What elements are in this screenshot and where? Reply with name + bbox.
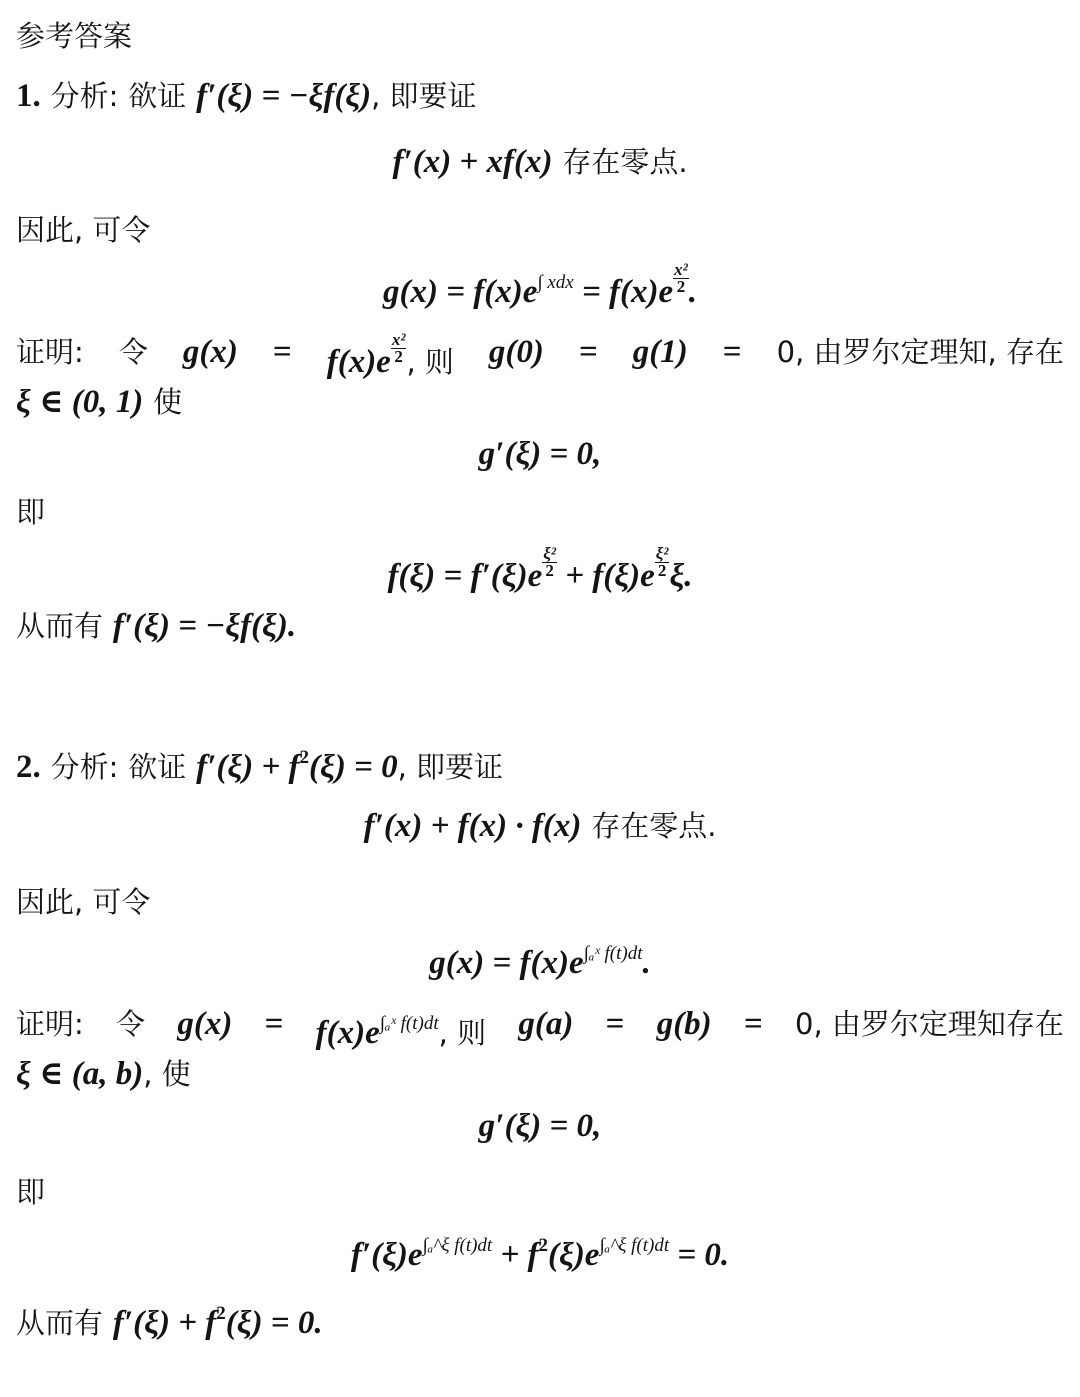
p2-display-zero-point: f′(x) + f(x) · f(x) 存在零点. bbox=[0, 806, 1080, 846]
p2-goal-b: (ξ) = 0 bbox=[309, 749, 398, 785]
p2-xi-interval: ξ ∈ (a, b) bbox=[16, 1056, 143, 1092]
p2-exp-a: f′(ξ)e bbox=[351, 1237, 423, 1273]
p2-conclusion-text: 从而有 bbox=[16, 1306, 103, 1340]
p1-ji: 即 bbox=[16, 495, 45, 529]
p1-display-gprime: g′(ξ) = 0, bbox=[0, 434, 1080, 474]
p2-g-exp-integral: ∫ₐˣ f(t)dt bbox=[584, 943, 643, 964]
p1-display1-text: 存在零点. bbox=[562, 145, 687, 179]
p2-analysis-intro: 欲证 bbox=[128, 750, 186, 784]
p1-make: 使 bbox=[153, 385, 182, 419]
p1-exp-b: + f(ξ)e bbox=[557, 558, 655, 594]
p2-g-end: . bbox=[643, 945, 651, 981]
p1-gprime-eq: g′(ξ) = 0, bbox=[479, 436, 602, 472]
document-title: 参考答案 bbox=[16, 16, 132, 56]
p2-proof-let: 令 bbox=[116, 1004, 145, 1053]
p2-conclusion-a: f′(ξ) + f bbox=[113, 1305, 216, 1341]
p1-therefore-line: 因此, 可令 bbox=[16, 210, 150, 250]
p2-g-lhs: g(x) = f(x)e bbox=[429, 945, 583, 981]
p1-proof-then: , 则 bbox=[406, 345, 453, 379]
p2-proof-fx: f(x)e bbox=[316, 1015, 380, 1051]
p2-analysis-line: 2. 分析: 欲证 f′(ξ) + f2(ξ) = 0, 即要证 bbox=[16, 738, 503, 787]
p2-exp-c: (ξ)e bbox=[548, 1237, 599, 1273]
p1-proof-label: 证明: bbox=[16, 332, 84, 382]
p1-proof-exp-fraction: x²2 bbox=[391, 332, 407, 365]
p1-analysis-intro: 欲证 bbox=[128, 79, 186, 113]
p1-proof-line2: ξ ∈ (0, 1) 使 bbox=[16, 382, 182, 422]
p1-proof-g0: g(0) bbox=[489, 332, 544, 382]
p2-exp-integral1: ∫ₐ^ξ f(t)dt bbox=[423, 1235, 493, 1256]
p2-proof-line2: ξ ∈ (a, b), 使 bbox=[16, 1054, 191, 1094]
p1-analysis-label: 分析: bbox=[51, 79, 119, 113]
p1-proof-fx-exp: f(x)ex²2, 则 bbox=[327, 332, 454, 382]
p1-proof-eq2: = bbox=[579, 332, 598, 382]
p1-g-lhs: g(x) = f(x)e bbox=[383, 274, 537, 310]
p2-exp-d: = 0. bbox=[669, 1237, 729, 1273]
p2-proof-gb: g(b) bbox=[657, 1004, 712, 1053]
p1-display-expanded: f(ξ) = f′(ξ)eξ²2 + f(ξ)eξ²2ξ. bbox=[0, 546, 1080, 596]
p1-proof-fx: f(x)e bbox=[327, 344, 391, 380]
p2-display-gprime: g′(ξ) = 0, bbox=[0, 1106, 1080, 1146]
p2-conclusion-line: 从而有 f′(ξ) + f2(ξ) = 0. bbox=[16, 1294, 323, 1343]
p2-exp-b: + f bbox=[492, 1237, 538, 1273]
p2-analysis-label: 分析: bbox=[51, 750, 119, 784]
p2-analysis-suffix: , 即要证 bbox=[398, 750, 503, 784]
p2-ji-line: 即 bbox=[16, 1172, 45, 1212]
p2-display1-text: 存在零点. bbox=[591, 809, 716, 843]
p1-analysis-line: 1. 分析: 欲证 f′(ξ) = −ξf(ξ), 即要证 bbox=[16, 76, 477, 116]
p1-exp-fraction1: ξ²2 bbox=[542, 546, 557, 579]
fraction-denominator: 2 bbox=[655, 563, 670, 579]
fraction-denominator: 2 bbox=[542, 563, 557, 579]
p1-conclusion-math: f′(ξ) = −ξf(ξ). bbox=[113, 608, 296, 644]
p1-proof-line1: 证明: 令 g(x) = f(x)ex²2, 则 g(0) = g(1) = 0… bbox=[16, 332, 1064, 382]
p2-proof-then: , 则 bbox=[439, 1016, 486, 1050]
p2-display1-math: f′(x) + f(x) · f(x) bbox=[364, 808, 582, 844]
p1-proof-rolle: 0, 由罗尔定理知, 存在 bbox=[777, 332, 1064, 382]
p1-display-g-definition: g(x) = f(x)e∫ xdx = f(x)ex²2. bbox=[0, 262, 1080, 312]
p2-display-expanded: f′(ξ)e∫ₐ^ξ f(t)dt + f2(ξ)e∫ₐ^ξ f(t)dt = … bbox=[0, 1226, 1080, 1275]
p2-proof-eq1: = bbox=[265, 1004, 284, 1053]
p2-proof-eq3: = bbox=[744, 1004, 763, 1053]
p1-xi-interval: ξ ∈ (0, 1) bbox=[16, 384, 143, 420]
p1-conclusion-line: 从而有 f′(ξ) = −ξf(ξ). bbox=[16, 606, 296, 646]
p1-therefore: 因此, 可令 bbox=[16, 213, 150, 247]
p1-proof-gx: g(x) bbox=[183, 332, 238, 382]
p1-analysis-suffix: , 即要证 bbox=[371, 79, 476, 113]
p1-g-exp-fraction: x²2 bbox=[673, 262, 689, 295]
p2-therefore-line: 因此, 可令 bbox=[16, 882, 150, 922]
p1-analysis-goal: f′(ξ) = −ξf(ξ) bbox=[196, 78, 371, 114]
p2-proof-eq2: = bbox=[606, 1004, 625, 1053]
p2-gprime-eq: g′(ξ) = 0, bbox=[479, 1108, 602, 1144]
p1-conclusion-text: 从而有 bbox=[16, 609, 103, 643]
p2-proof-label: 证明: bbox=[16, 1004, 84, 1053]
fraction-denominator: 2 bbox=[391, 349, 407, 365]
p1-g-exp-integral: ∫ xdx bbox=[537, 272, 573, 293]
p1-display-zero-point: f′(x) + xf(x) 存在零点. bbox=[0, 142, 1080, 182]
p2-goal-sup: 2 bbox=[300, 747, 310, 768]
p2-proof-fx-exp: f(x)e∫ₐˣ f(t)dt, 则 bbox=[316, 1004, 486, 1053]
p2-exp-square: 2 bbox=[539, 1235, 549, 1256]
title-text: 参考答案 bbox=[16, 19, 132, 53]
p2-proof-exp: ∫ₐˣ f(t)dt bbox=[380, 1013, 439, 1034]
p1-proof-let: 令 bbox=[119, 332, 148, 382]
p1-proof-eq1: = bbox=[273, 332, 292, 382]
p1-ji-line: 即 bbox=[16, 492, 45, 532]
p2-display-g-definition: g(x) = f(x)e∫ₐˣ f(t)dt. bbox=[0, 934, 1080, 983]
p1-display1-math: f′(x) + xf(x) bbox=[392, 144, 552, 180]
p1-exp-a: f(ξ) = f′(ξ)e bbox=[387, 558, 542, 594]
p2-ji: 即 bbox=[16, 1175, 45, 1209]
p2-proof-gx: g(x) bbox=[177, 1004, 232, 1053]
p1-proof-eq3: = bbox=[723, 332, 742, 382]
p2-proof-line1: 证明: 令 g(x) = f(x)e∫ₐˣ f(t)dt, 则 g(a) = g… bbox=[16, 1004, 1064, 1053]
p2-exp-integral2: ∫ₐ^ξ f(t)dt bbox=[599, 1235, 669, 1256]
p1-g-mid: = f(x)e bbox=[574, 274, 673, 310]
p1-proof-g1: g(1) bbox=[633, 332, 688, 382]
p1-exp-c: ξ. bbox=[669, 558, 692, 594]
p2-proof-ga: g(a) bbox=[518, 1004, 573, 1053]
p1-g-end: . bbox=[689, 274, 697, 310]
p2-goal-a: f′(ξ) + f bbox=[196, 749, 299, 785]
p1-exp-fraction2: ξ²2 bbox=[655, 546, 670, 579]
fraction-denominator: 2 bbox=[673, 279, 689, 295]
p2-conclusion-b: (ξ) = 0. bbox=[226, 1305, 323, 1341]
p2-conclusion-sup: 2 bbox=[216, 1303, 226, 1324]
p2-therefore: 因此, 可令 bbox=[16, 885, 150, 919]
p2-proof-rolle: 0, 由罗尔定理知存在 bbox=[795, 1004, 1064, 1053]
p2-make: , 使 bbox=[143, 1057, 190, 1091]
p1-number: 1. bbox=[16, 78, 41, 114]
p2-number: 2. bbox=[16, 749, 41, 785]
